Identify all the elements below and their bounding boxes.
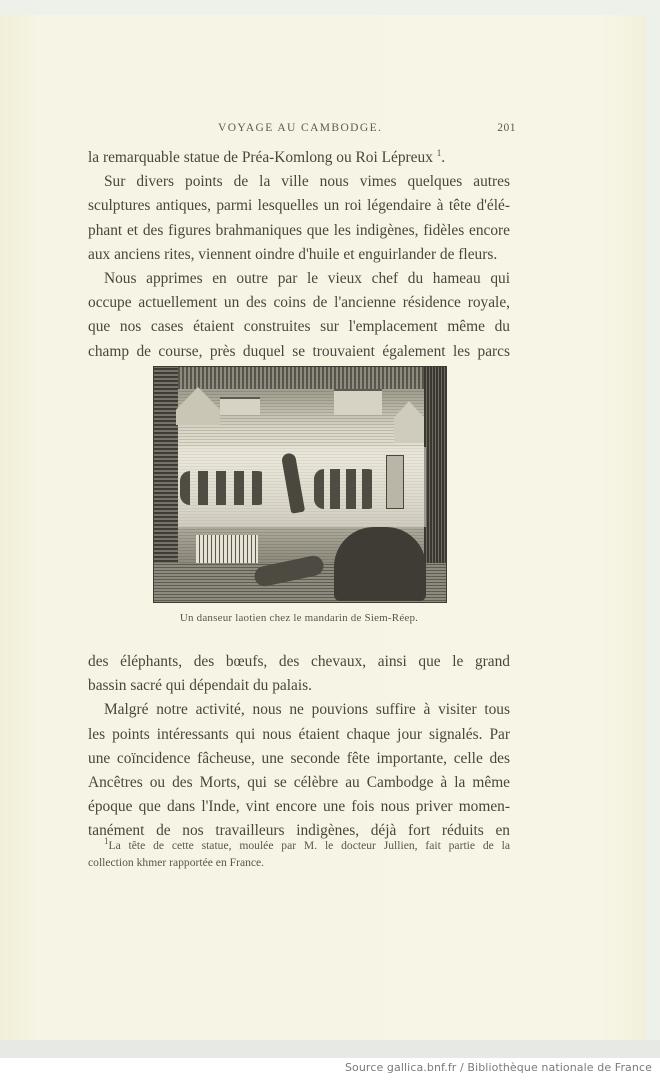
text-line: Nous apprimes en outre par le vieux chef… <box>88 267 510 291</box>
footnote: 1La tête de cette statue, moulée par M. … <box>88 838 510 871</box>
viewer-top-strip <box>0 0 660 15</box>
footer: Source gallica.bnf.fr / Bibliothèque nat… <box>0 1058 660 1080</box>
text-line: la remarquable statue de Préa-Komlong ou… <box>88 146 510 170</box>
figure-caption: Un danseur laotien chez le mandarin de S… <box>88 612 510 624</box>
body-text-bottom: des éléphants, des bœufs, des chevaux, a… <box>88 650 510 844</box>
engraving-mandarins <box>334 527 426 601</box>
body-text-top: la remarquable statue de Préa-Komlong ou… <box>88 146 510 364</box>
engraving-fence <box>196 535 258 563</box>
engraving-spectators <box>314 469 378 509</box>
engraving-hut-left <box>176 387 220 425</box>
text-line: occupe actuellement un des coins de l'an… <box>88 291 510 315</box>
source-credit-link[interactable]: Source gallica.bnf.fr / Bibliothèque nat… <box>345 1061 652 1074</box>
running-head: VOYAGE AU CAMBODGE. 201 <box>88 122 516 138</box>
running-title: VOYAGE AU CAMBODGE. <box>218 122 382 134</box>
text-line: époque que dans l'Inde, vint encore une … <box>88 795 510 819</box>
text-line: Sur divers points de la ville nous vimes… <box>88 170 510 194</box>
text-line: des éléphants, des bœufs, des chevaux, a… <box>88 650 510 674</box>
text-line: phant et des figures brahmaniques que le… <box>88 219 510 243</box>
viewer-bottom-strip <box>0 1040 660 1058</box>
text-line: aux anciens rites, viennent oindre d'hui… <box>88 243 510 267</box>
footnote-line: collection khmer rapportée en France. <box>88 855 510 872</box>
page-number: 201 <box>497 122 516 134</box>
engraving-canopy <box>154 367 446 389</box>
page-edge <box>646 15 660 1040</box>
engraving-illustration <box>153 366 447 603</box>
engraving-hut-back <box>334 389 382 415</box>
engraving-spectators <box>180 471 268 505</box>
text-line: bassin sacré qui dépendait du palais. <box>88 674 510 698</box>
text-line: que nos cases étaient construites sur l'… <box>88 315 510 339</box>
text-line: Ancêtres ou des Morts, qui se célèbre au… <box>88 771 510 795</box>
text-line: les points intéressants qui nous étaient… <box>88 723 510 747</box>
text-line: sculptures antiques, parmi lesquelles un… <box>88 194 510 218</box>
engraving-hut-back <box>220 397 260 415</box>
text-line: une coïncidence fâcheuse, une seconde fê… <box>88 747 510 771</box>
text-line: champ de course, près duquel se trouvaie… <box>88 340 510 364</box>
footnote-line: 1La tête de cette statue, moulée par M. … <box>88 838 510 855</box>
engraving-porter <box>386 455 404 509</box>
text-line: Malgré notre activité, nous ne pouvions … <box>88 698 510 722</box>
engraving-hut-right <box>394 401 424 443</box>
